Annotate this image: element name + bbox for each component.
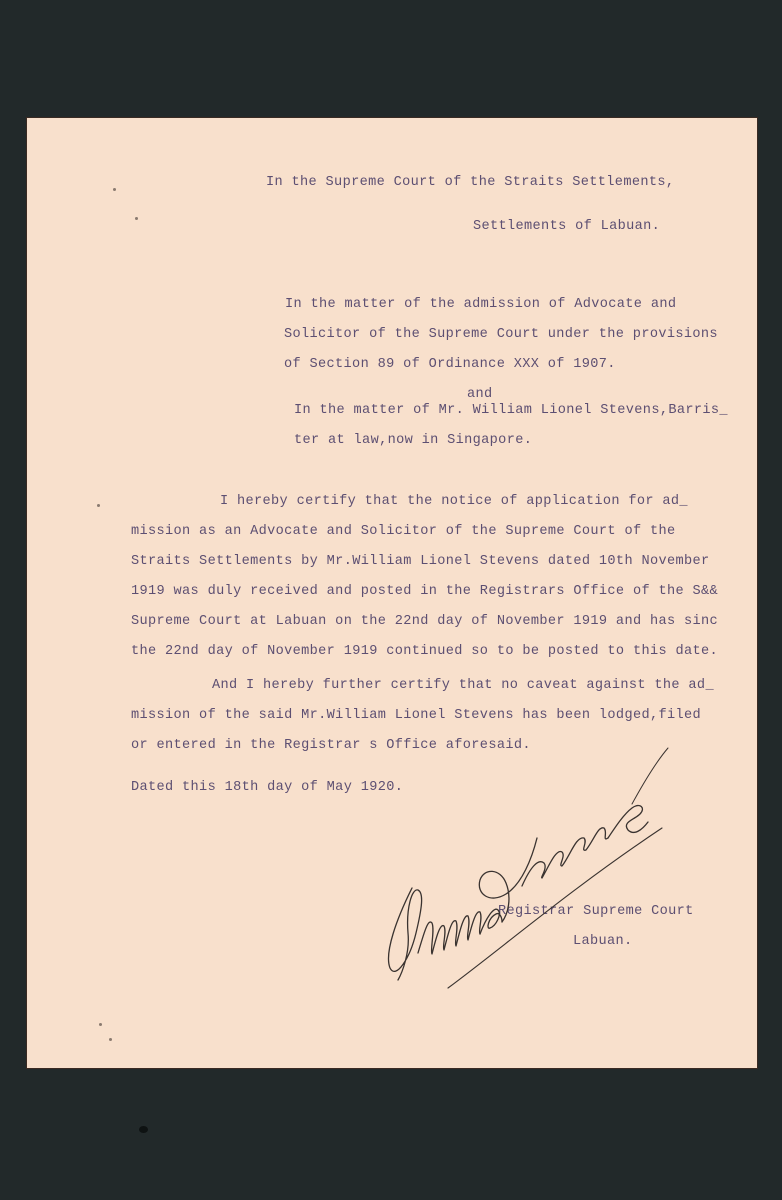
jurisdiction-heading: Settlements of Labuan. [473,220,660,234]
certify-line-6: the 22nd day of November 1919 continued … [131,645,718,659]
certify-line-2: mission as an Advocate and Solicitor of … [131,525,675,539]
matter-line-4: In the matter of Mr. William Lionel Stev… [294,404,728,418]
matter-line-3: of Section 89 of Ordinance XXX of 1907. [284,358,616,372]
handwritten-signature [372,718,672,1008]
matter-line-2: Solicitor of the Supreme Court under the… [284,328,718,342]
paper-speck [135,217,138,220]
matter-line-1: In the matter of the admission of Advoca… [285,298,676,312]
paper-speck [97,504,100,507]
certify-line-4: 1919 was duly received and posted in the… [131,585,718,599]
matter-conjunction: and [467,388,493,402]
court-heading: In the Supreme Court of the Straits Sett… [266,176,674,190]
certify-line-5: Supreme Court at Labuan on the 22nd day … [131,615,718,629]
matter-line-5: ter at law,now in Singapore. [294,434,532,448]
paper-speck [99,1023,102,1026]
paper-speck [109,1038,112,1041]
document-page: In the Supreme Court of the Straits Sett… [27,118,757,1068]
dated-line: Dated this 18th day of May 1920. [131,781,403,795]
certify-line-1: I hereby certify that the notice of appl… [220,495,688,509]
background-blot [139,1126,148,1133]
paper-speck [113,188,116,191]
certify-line-3: Straits Settlements by Mr.William Lionel… [131,555,710,569]
further-certify-line-1: And I hereby further certify that no cav… [212,679,714,693]
